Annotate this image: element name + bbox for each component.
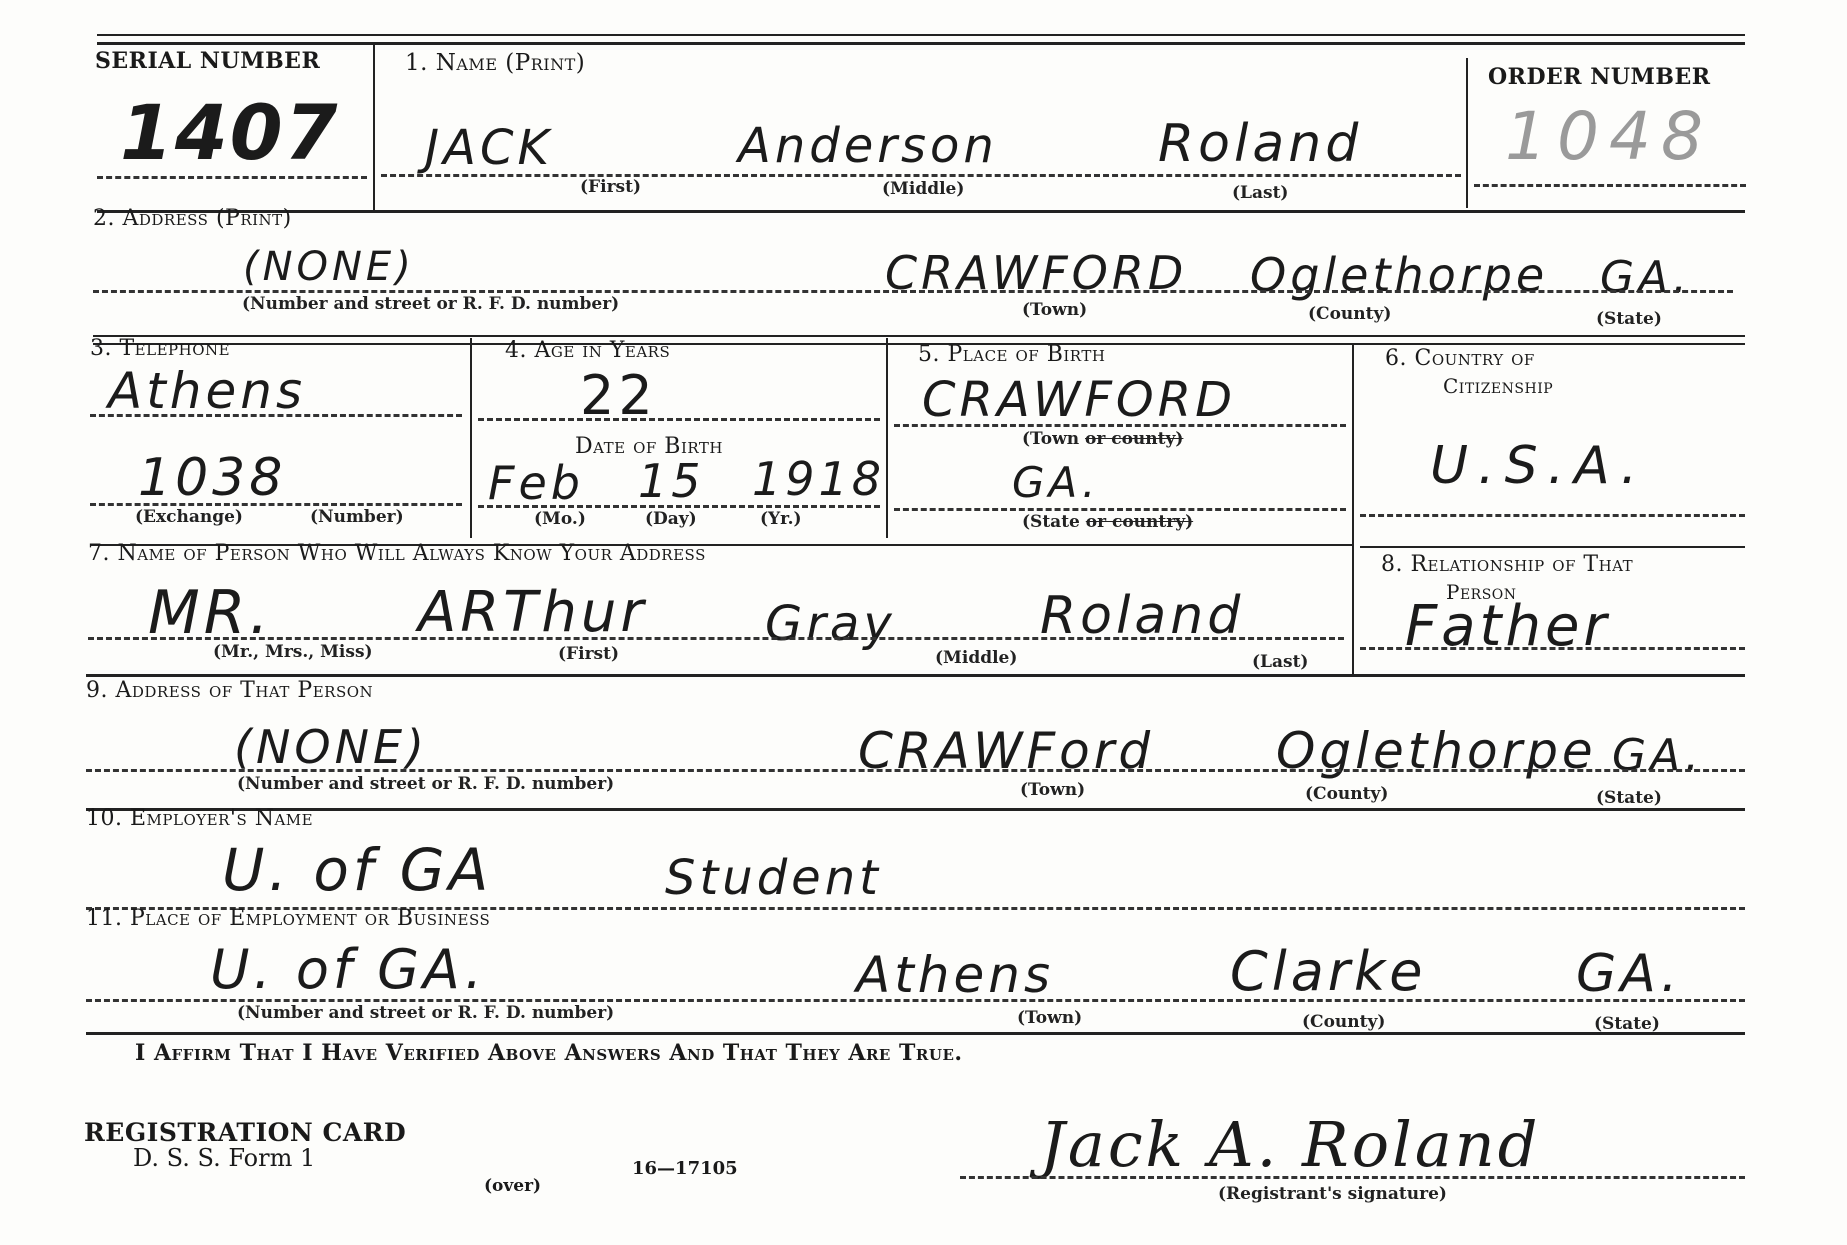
dob-day-caption: (Day)	[645, 509, 697, 529]
contact-first-caption: (First)	[558, 644, 619, 664]
divider-serial-name	[373, 44, 375, 210]
row3-bottom-rule-right	[1360, 546, 1745, 548]
dob-month-caption: (Mo.)	[534, 509, 586, 529]
row9-bottom-rule	[86, 808, 1745, 811]
telephone-number-line	[90, 503, 462, 506]
birthplace-state-line	[894, 508, 1346, 511]
contact-address-county-caption: (County)	[1305, 784, 1388, 804]
serial-number-value: 1407	[120, 88, 340, 177]
address-line	[93, 290, 1733, 293]
employment-place-label: 11. Place of Employment or Business	[86, 906, 490, 931]
contact-middle-caption: (Middle)	[935, 648, 1017, 668]
employment-county-caption: (County)	[1302, 1012, 1385, 1032]
dob-year-value: 1918	[752, 452, 885, 506]
signature-line	[960, 1176, 1745, 1179]
row11-bottom-rule	[86, 1032, 1745, 1035]
form-id: D. S. S. Form 1	[133, 1144, 315, 1172]
birthplace-town-caption: (Town or county)	[1022, 429, 1183, 449]
dob-year-caption: (Yr.)	[760, 509, 802, 529]
address-state-value: GA.	[1600, 252, 1691, 303]
employer-name-value: U. of GA	[222, 836, 492, 904]
birthplace-state-caption-struck: or country)	[1086, 512, 1193, 532]
citizenship-label-line2: Citizenship	[1443, 374, 1553, 398]
employment-state-value: GA.	[1576, 944, 1681, 1004]
employment-state-caption: (State)	[1594, 1014, 1660, 1034]
telephone-exchange-line	[90, 414, 462, 417]
citizenship-line	[1360, 514, 1745, 517]
contact-last-caption: (Last)	[1252, 652, 1308, 672]
name-label: 1. Name (Print)	[405, 50, 585, 76]
signature-caption: (Registrant's signature)	[1218, 1184, 1447, 1204]
employment-county-value: Clarke	[1230, 940, 1427, 1003]
contact-middle-value: Gray	[765, 596, 896, 652]
employment-street-value: U. of GA.	[210, 938, 486, 1001]
divider-age-birthplace	[886, 338, 888, 538]
over-label: (over)	[484, 1176, 541, 1196]
citizenship-label-line1: 6. Country of	[1385, 346, 1535, 371]
birthplace-label: 5. Place of Birth	[918, 342, 1105, 367]
address-town-caption: (Town)	[1022, 300, 1087, 320]
birthplace-town-caption-struck: or county)	[1085, 429, 1183, 449]
row2-bottom-rule-outer	[93, 335, 1745, 337]
telephone-number-caption: (Number)	[310, 507, 404, 527]
address-county-value: Oglethorpe	[1250, 248, 1548, 302]
name-last-value: Roland	[1158, 114, 1362, 174]
contact-address-label: 9. Address of That Person	[86, 678, 373, 703]
divider-name-order	[1466, 58, 1468, 208]
birthplace-state-value: GA.	[1012, 458, 1099, 507]
contact-address-state-value: GA.	[1612, 730, 1703, 781]
name-first-caption: (First)	[580, 177, 641, 197]
age-label: 4. Age in Years	[505, 338, 670, 363]
birthplace-town-line	[894, 424, 1346, 427]
print-code: 16—17105	[632, 1158, 738, 1179]
contact-address-line	[86, 769, 1745, 772]
row1-bottom-rule	[97, 210, 1745, 213]
form-title: REGISTRATION CARD	[84, 1118, 406, 1147]
telephone-exchange-caption: (Exchange)	[135, 507, 243, 527]
address-street-value: (NONE)	[243, 244, 415, 290]
serial-number-line	[97, 176, 367, 179]
address-county-caption: (County)	[1308, 304, 1391, 324]
dob-line	[478, 505, 880, 508]
name-middle-value: Anderson	[738, 118, 998, 174]
name-middle-caption: (Middle)	[882, 179, 964, 199]
contact-person-label: 7. Name of Person Who Will Always Know Y…	[88, 541, 706, 566]
telephone-number-value: 1038	[138, 448, 286, 508]
dob-month-value: Feb	[488, 456, 584, 510]
order-number-label: ORDER NUMBER	[1488, 64, 1711, 90]
divider-phone-age	[470, 338, 472, 538]
contact-title-caption: (Mr., Mrs., Miss)	[213, 642, 373, 662]
birthplace-town-value: CRAWFORD	[922, 372, 1236, 428]
dob-day-value: 15	[638, 454, 705, 508]
address-street-caption: (Number and street or R. F. D. number)	[242, 294, 619, 314]
employment-town-value: Athens	[856, 946, 1054, 1004]
contact-address-state-caption: (State)	[1596, 788, 1662, 808]
contact-name-line	[88, 637, 1344, 640]
contact-first-value: ARThur	[418, 580, 647, 645]
age-line	[478, 418, 880, 421]
contact-address-street-caption: (Number and street or R. F. D. number)	[237, 774, 614, 794]
contact-address-town-caption: (Town)	[1020, 780, 1085, 800]
employment-line	[86, 999, 1745, 1002]
order-number-line	[1474, 184, 1746, 187]
employment-town-caption: (Town)	[1017, 1008, 1082, 1028]
employer-label: 10. Employer's Name	[86, 806, 313, 831]
top-rule-outer	[97, 34, 1745, 36]
employer-role-value: Student	[665, 850, 882, 906]
registrant-signature: Jack A. Roland	[1040, 1108, 1540, 1181]
telephone-exchange-value: Athens	[108, 362, 306, 420]
employment-street-caption: (Number and street or R. F. D. number)	[237, 1003, 614, 1023]
row7-bottom-rule	[86, 674, 1745, 677]
contact-address-street-value: (NONE)	[234, 720, 428, 774]
citizenship-value: U.S.A.	[1430, 436, 1647, 496]
birthplace-state-caption-kept: (State	[1022, 512, 1086, 532]
name-line	[381, 174, 1461, 177]
relationship-label-line1: 8. Relationship of That	[1381, 552, 1633, 577]
address-label: 2. Address (Print)	[93, 206, 292, 231]
address-state-caption: (State)	[1596, 309, 1662, 329]
serial-number-label: SERIAL NUMBER	[95, 48, 320, 74]
name-first-value: JACK	[425, 120, 553, 176]
birthplace-town-caption-kept: (Town	[1022, 429, 1085, 449]
divider-birthplace-citizenship	[1352, 345, 1354, 675]
relationship-line	[1360, 647, 1745, 650]
telephone-label: 3. Telephone	[90, 336, 230, 361]
order-number-value: 1048	[1505, 98, 1713, 175]
name-last-caption: (Last)	[1232, 183, 1288, 203]
top-rule-inner	[97, 42, 1745, 45]
affirmation-text: I Affirm That I Have Verified Above Answ…	[135, 1040, 963, 1066]
birthplace-state-caption: (State or country)	[1022, 512, 1193, 532]
